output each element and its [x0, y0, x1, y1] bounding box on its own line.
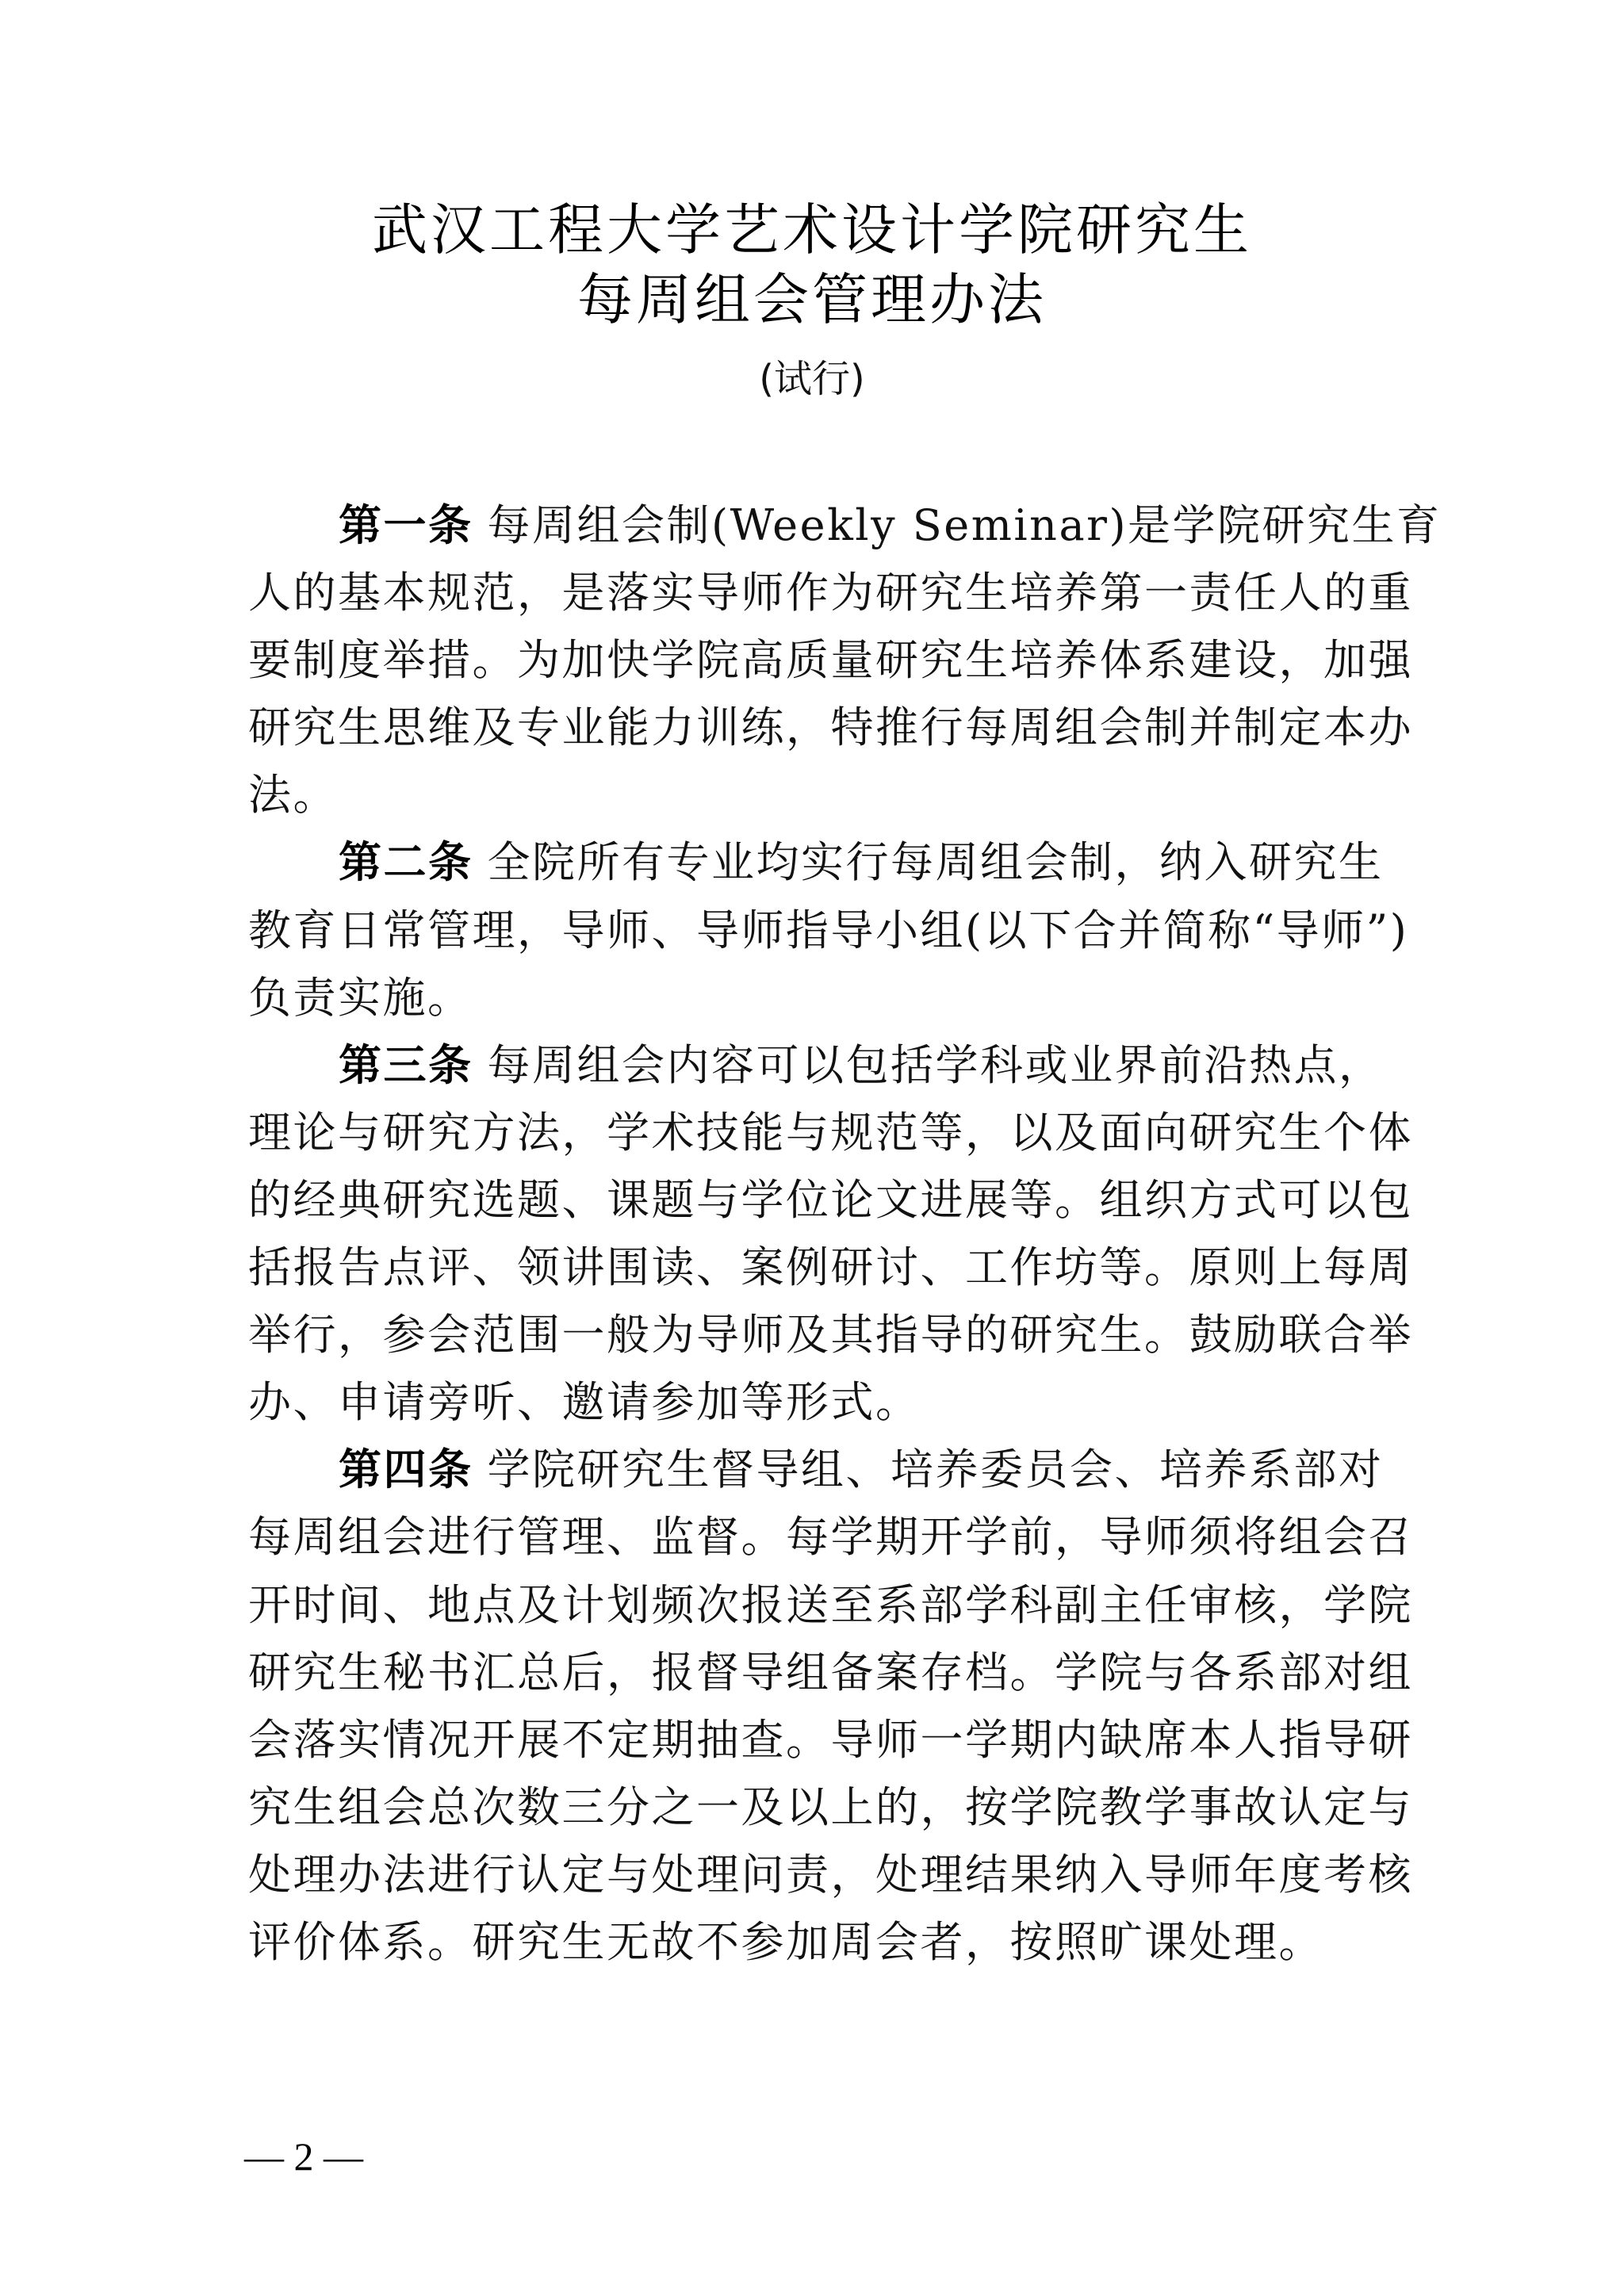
article-line: 研究生秘书汇总后，报督导组备案存档。学院与各系部对组: [248, 1645, 1376, 1712]
article-label: 第四条: [339, 1445, 473, 1494]
article-line: 要制度举措。为加快学院高质量研究生培养体系建设，加强: [248, 633, 1376, 700]
article-4: 第四条学院研究生督导组、培养委员会、培养系部对 每周组会进行管理、监督。每学期开…: [248, 1442, 1376, 1982]
document-title-line-2: 每周组会管理办法: [0, 268, 1624, 331]
page-number: — 2 —: [244, 2133, 363, 2180]
article-line: 人的基本规范，是落实导师作为研究生培养第一责任人的重: [248, 565, 1376, 633]
article-line: 评价体系。研究生无故不参加周会者，按照旷课处理。: [248, 1915, 1376, 1982]
article-text: 学院研究生督导组、培养委员会、培养系部对: [488, 1445, 1384, 1494]
article-line: 法。: [248, 767, 1376, 835]
article-text: 全院所有专业均实行每周组会制，纳入研究生: [488, 837, 1384, 887]
article-2: 第二条全院所有专业均实行每周组会制，纳入研究生 教育日常管理，导师、导师指导小组…: [248, 835, 1376, 1037]
article-1: 第一条每周组会制(Weekly Seminar)是学院研究生育 人的基本规范，是…: [248, 498, 1376, 835]
article-line: 第二条全院所有专业均实行每周组会制，纳入研究生: [248, 835, 1376, 902]
article-line: 教育日常管理，导师、导师指导小组(以下合并简称“导师”): [248, 903, 1376, 970]
document-page: 武汉工程大学艺术设计学院研究生 每周组会管理办法 (试行) 第一条每周组会制(W…: [0, 0, 1624, 2296]
article-line: 第四条学院研究生督导组、培养委员会、培养系部对: [248, 1442, 1376, 1510]
article-line: 第一条每周组会制(Weekly Seminar)是学院研究生育: [248, 498, 1376, 565]
article-text: 每周组会内容可以包括学科或业界前沿热点，: [488, 1040, 1384, 1090]
article-line: 举行，参会范围一般为导师及其指导的研究生。鼓励联合举: [248, 1307, 1376, 1375]
article-line: 办、申请旁听、邀请参加等形式。: [248, 1375, 1376, 1442]
article-line: 第三条每周组会内容可以包括学科或业界前沿热点，: [248, 1038, 1376, 1105]
document-title-line-1: 武汉工程大学艺术设计学院研究生: [0, 198, 1624, 262]
article-line: 每周组会进行管理、监督。每学期开学前，导师须将组会召: [248, 1510, 1376, 1577]
article-3: 第三条每周组会内容可以包括学科或业界前沿热点， 理论与研究方法，学术技能与规范等…: [248, 1038, 1376, 1443]
article-label: 第三条: [339, 1040, 473, 1090]
article-text: 每周组会制(Weekly Seminar)是学院研究生育: [488, 500, 1442, 550]
article-line: 的经典研究选题、课题与学位论文进展等。组织方式可以包: [248, 1173, 1376, 1240]
article-line: 括报告点评、领讲围读、案例研讨、工作坊等。原则上每周: [248, 1240, 1376, 1307]
article-line: 理论与研究方法，学术技能与规范等，以及面向研究生个体: [248, 1105, 1376, 1173]
document-subtitle: (试行): [0, 355, 1624, 403]
document-body: 第一条每周组会制(Weekly Seminar)是学院研究生育 人的基本规范，是…: [248, 498, 1376, 1982]
article-line: 研究生思维及专业能力训练，特推行每周组会制并制定本办: [248, 700, 1376, 767]
article-line: 会落实情况开展不定期抽查。导师一学期内缺席本人指导研: [248, 1712, 1376, 1780]
article-line: 究生组会总次数三分之一及以上的，按学院教学事故认定与: [248, 1780, 1376, 1847]
article-label: 第一条: [339, 500, 473, 550]
article-line: 负责实施。: [248, 970, 1376, 1038]
article-line: 处理办法进行认定与处理问责，处理结果纳入导师年度考核: [248, 1847, 1376, 1915]
article-label: 第二条: [339, 837, 473, 887]
article-line: 开时间、地点及计划频次报送至系部学科副主任审核，学院: [248, 1578, 1376, 1645]
